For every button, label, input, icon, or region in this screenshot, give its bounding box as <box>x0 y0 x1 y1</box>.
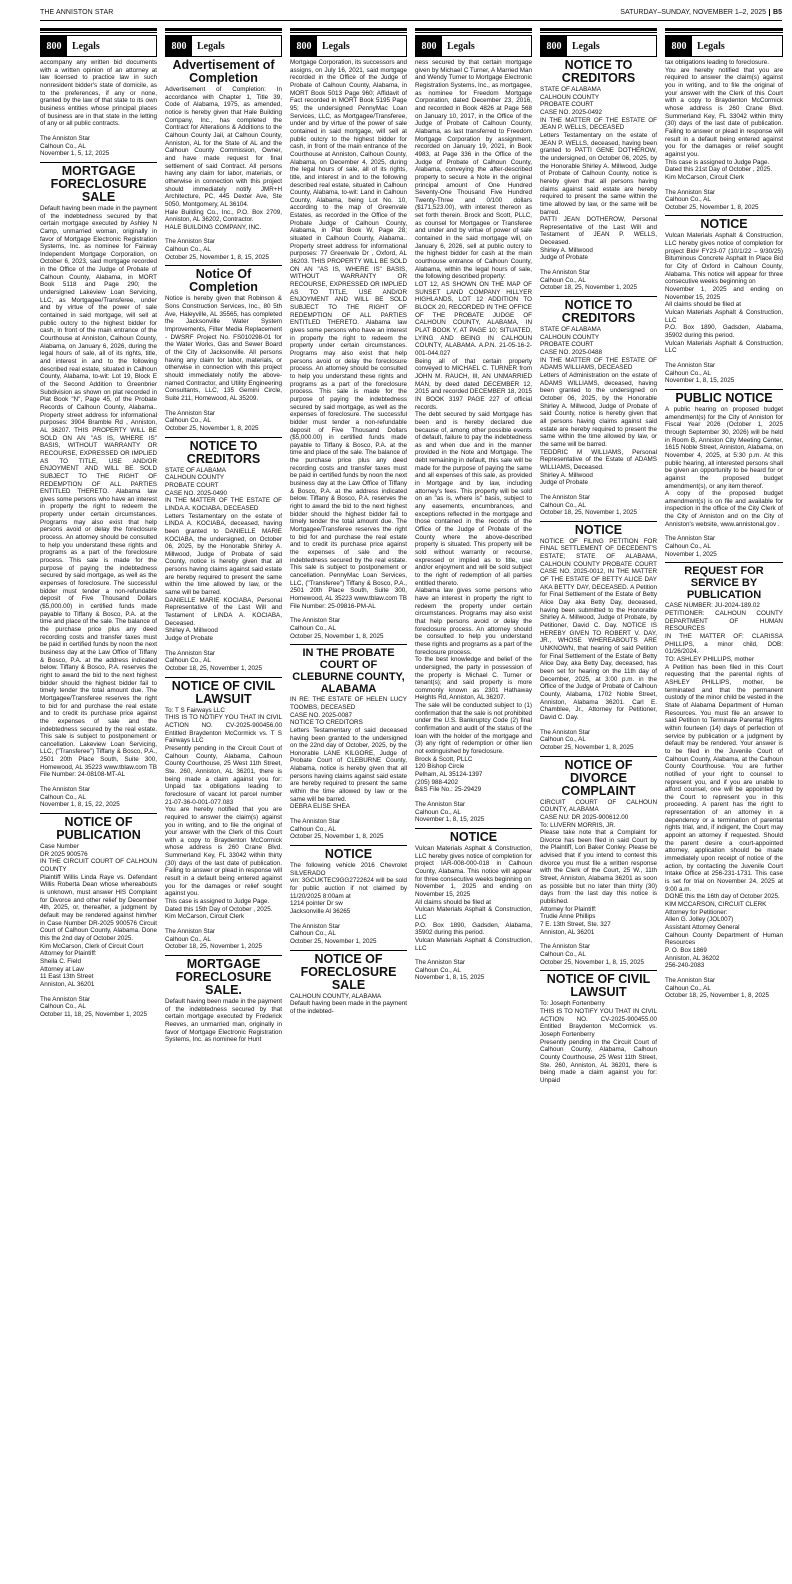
notice-paragraph: PROBATE COURT <box>165 482 282 490</box>
notice-paragraph: Jacksonville Al 36265 <box>290 908 407 916</box>
notice-paragraph: Attorney for Plaintiff: <box>540 906 657 914</box>
publication-line: October 18, 25, November 1, 2025 <box>165 943 282 951</box>
notice-paragraph: 1214 pointer Dr sw <box>290 900 407 908</box>
publication-line: October 25, November 1, 8, 15, 2025 <box>165 254 282 262</box>
publication-info: The Anniston StarCalhoun Co., ALOctober … <box>290 923 407 946</box>
legal-notice: PUBLIC NOTICEA public hearing on propose… <box>665 392 783 558</box>
section-header: 800Legals <box>415 35 532 57</box>
section-label: Legals <box>192 36 225 56</box>
notice-paragraph: CASE NO. 2025-0488 <box>540 349 657 357</box>
notice-paragraph: November 1, 2025 and ending on November … <box>665 286 783 301</box>
notice-paragraph: IN THE MATTER OF THE ESTATE OF JEAN P. W… <box>540 117 657 132</box>
notice-paragraph: STATE OF ALABAMA <box>540 86 657 94</box>
publication-info: The Anniston StarCalhoun Co., ALNovember… <box>665 535 783 558</box>
legals-column-2: 800LegalsAdvertisement of CompletionAdve… <box>165 28 282 1578</box>
legal-notice: NOTICE OF FORECLOSURE SALECALHOUN COUNTY… <box>290 953 407 1016</box>
notice-paragraph: Vulcan Materials Asphalt & Construction,… <box>415 937 532 952</box>
notice-paragraph: Shirley A. Millwood <box>540 472 657 480</box>
publication-line: The Anniston Star <box>290 617 407 625</box>
notice-divider <box>540 970 657 971</box>
notice-title: NOTICE OF CIVIL LAWSUIT <box>165 680 282 706</box>
publication-line: The Anniston Star <box>540 269 657 277</box>
notice-paragraph: Dated this 21st Day of October , 2025. <box>665 166 783 174</box>
notice-paragraph: ness secured by that certain mortgage gi… <box>415 59 532 281</box>
notice-divider <box>665 389 783 390</box>
publication-info: The Anniston StarCalhoun Co., ALOctober … <box>40 996 157 1019</box>
publication-line: The Anniston Star <box>40 135 157 143</box>
notice-divider <box>165 955 282 956</box>
publication-line: The Anniston Star <box>540 943 657 951</box>
section-label: Legals <box>317 36 350 56</box>
publication-info: The Anniston StarCalhoun Co., ALOctober … <box>165 410 282 433</box>
notice-paragraph: 11 East 13th Street <box>40 973 157 981</box>
legal-notice: NOTICE OF DIVORCE COMPLAINTCIRCUIT COURT… <box>540 759 657 967</box>
publication-info: The Anniston StarCalhoun Co., ALOctober … <box>290 818 407 841</box>
notice-paragraph: Letters Testamentary on the estate of LI… <box>165 513 282 597</box>
notice-paragraph: DR 2025 900576 <box>40 851 157 859</box>
section-label: Legals <box>567 36 600 56</box>
notice-paragraph: DANIELLE MARIE KOCIABA, Personal Represe… <box>165 597 282 628</box>
section-header: 800Legals <box>540 35 657 57</box>
notice-paragraph: accompany any written bid documents with… <box>40 59 157 128</box>
column-top-rule <box>290 28 407 33</box>
publication-line: Calhoun Co., AL <box>540 502 657 510</box>
publication-info: The Anniston StarCalhoun Co., ALNovember… <box>415 801 532 824</box>
notice-paragraph: TEDDRIC M WILLIAMS, Personal Representat… <box>540 449 657 472</box>
notice-paragraph: CALHOUN COUNTY, ALABAMA <box>290 993 407 1001</box>
publication-line: Calhoun Co., AL <box>665 196 783 204</box>
notice-title: NOTICE OF FORECLOSURE SALE <box>290 953 407 992</box>
publication-line: October 25, November 1, 8, 2025 <box>540 744 657 752</box>
notice-paragraph: Judge of Probate <box>540 254 657 262</box>
notice-paragraph: You are hereby notified that you are req… <box>665 67 783 159</box>
notice-paragraph: A copy of the proposed budget amendment(… <box>665 490 783 528</box>
notice-title: NOTICE <box>290 848 407 861</box>
notice-paragraph: Judge of Probate <box>540 479 657 487</box>
notice-paragraph: CASE NO. 2025-0492 <box>540 109 657 117</box>
notice-paragraph: Anniston, AL 36202 <box>665 955 783 963</box>
notice-paragraph: NOTICE OF FILING PETITION FOR FINAL SETT… <box>540 538 657 722</box>
notice-paragraph: LOT 12, AS SHOWN ON THE MAP OF SUNSET LA… <box>415 281 532 358</box>
notice-title: NOTICE OF PUBLICATION <box>40 816 157 842</box>
legal-notice: NOTICENOTICE OF FILING PETITION FOR FINA… <box>540 524 657 752</box>
legal-notice: NOTICEThe following vehicle 2016 Chevrol… <box>290 848 407 946</box>
issue-date-line: SATURDAY–SUNDAY, NOVEMBER 1–2, 2025B5 <box>620 9 782 16</box>
legal-notice: Mortgage Corporation, its successors and… <box>290 59 407 640</box>
publication-line: October 25, November 1, 2025 <box>290 938 407 946</box>
notice-paragraph: Notice is hereby given that Robinson & S… <box>165 295 282 402</box>
notice-paragraph: CASE NUMBER: JU-2024-189.02 <box>665 602 783 610</box>
notice-title: NOTICE <box>665 218 783 231</box>
notice-paragraph: vin: 3GCUKTEC9GG2722624 will be sold for… <box>290 877 407 900</box>
notice-title: NOTICE <box>540 524 657 537</box>
publication-line: Calhoun Co., AL <box>665 985 783 993</box>
notice-paragraph: Letters of Administration on the estate … <box>540 372 657 449</box>
notice-divider <box>540 521 657 522</box>
notice-title: Advertisement of Completion <box>165 59 282 85</box>
notice-paragraph: Letters Testamentary of said deceased ha… <box>290 727 407 804</box>
section-label: Legals <box>442 36 475 56</box>
notice-paragraph: Default having been made in the payment … <box>40 205 157 779</box>
notice-divider <box>290 950 407 951</box>
notice-paragraph: Brock & Scott, PLLC <box>415 756 532 764</box>
legal-notice: tax obligations leading to foreclosure.Y… <box>665 59 783 211</box>
column-top-rule <box>665 28 783 33</box>
legal-notice: NOTICEVulcan Materials Asphalt & Constru… <box>415 831 532 982</box>
notice-paragraph: STATE OF ALABAMA <box>540 326 657 334</box>
notice-divider <box>290 845 407 846</box>
notice-paragraph: Presently pending in the Circuit Court o… <box>165 745 282 806</box>
publication-line: Calhoun Co., AL <box>40 143 157 151</box>
publication-line: November 1, 8, 15, 2025 <box>665 377 783 385</box>
legal-notice: NOTICE OF CIVIL LAWSUITTo: T S Fairways … <box>165 680 282 951</box>
publication-line: Calhoun Co., AL <box>415 809 532 817</box>
publication-line: November 1, 8, 15, 2025 <box>415 974 532 982</box>
publication-line: October 18, 25, November 1, 8, 2025 <box>665 992 783 1000</box>
issue-date: SATURDAY–SUNDAY, NOVEMBER 1–2, 2025 <box>620 9 766 16</box>
publication-line: Calhoun Co., AL <box>290 930 407 938</box>
notice-paragraph: 256-240-2083 <box>665 962 783 970</box>
notice-title: NOTICE TO CREDITORS <box>540 299 657 325</box>
notice-divider <box>665 215 783 216</box>
notice-paragraph: tax obligations leading to foreclosure. <box>665 59 783 67</box>
notice-title: MORTGAGE FORECLOSURE SALE. <box>165 958 282 997</box>
notice-divider <box>165 265 282 266</box>
legal-notice: MORTGAGE FORECLOSURE SALE.Default having… <box>165 958 282 1044</box>
publication-line: October 11, 18, 25, November 1, 2025 <box>40 1011 157 1019</box>
publication-info: The Anniston StarCalhoun Co., ALNovember… <box>40 135 157 158</box>
legals-column-4: 800Legalsness secured by that certain mo… <box>415 28 532 1578</box>
notice-paragraph: Vulcan Materials Asphalt & Construction,… <box>665 232 783 286</box>
section-number: 800 <box>666 36 692 56</box>
publication-info: The Anniston StarCalhoun Co., ALNovember… <box>415 959 532 982</box>
notice-divider <box>165 677 282 678</box>
section-header: 800Legals <box>165 35 282 57</box>
publication-line: The Anniston Star <box>165 238 282 246</box>
notice-paragraph: P.O. Box 1890, Gadsden, Alabama, 35902 d… <box>665 324 783 339</box>
notice-paragraph: This case is assigned to Judge Page. <box>165 898 282 906</box>
publication-line: The Anniston Star <box>290 818 407 826</box>
notice-paragraph: To: T S Fairways LLC <box>165 707 282 715</box>
notice-paragraph: Vulcan Materials Asphalt & Construction,… <box>665 340 783 355</box>
publication-line: The Anniston Star <box>665 535 783 543</box>
notice-paragraph: Shirley A. Millwood <box>165 627 282 635</box>
publication-line: October 25, November 1, 8, 2025 <box>290 633 407 641</box>
publication-line: November 1, 2025 <box>665 551 783 559</box>
legal-notice: NOTICEVulcan Materials Asphalt & Constru… <box>665 218 783 384</box>
notice-paragraph: Vulcan Materials Asphalt & Construction,… <box>415 845 532 883</box>
publication-line: October 18, 25, November 1, 2025 <box>540 284 657 292</box>
notice-paragraph: Pelham, AL 35124-1397 <box>415 771 532 779</box>
notice-paragraph: THIS IS TO NOTIFY YOU THAT IN CIVIL ACTI… <box>165 714 282 745</box>
notice-title: IN THE PROBATE COURT OF CLEBURNE COUNTY,… <box>290 647 407 695</box>
notice-title: NOTICE OF DIVORCE COMPLAINT <box>540 759 657 798</box>
publication-line: The Anniston Star <box>540 729 657 737</box>
publication-line: October 25, November 1, 8, 15, 2025 <box>540 959 657 967</box>
notice-paragraph: Attorney for Plaintiff: <box>40 950 157 958</box>
notice-paragraph: Default having been made in the payment … <box>290 1000 407 1015</box>
notice-paragraph: IN THE MATTER OF: CLARISSA PHILLIPS, a m… <box>665 633 783 656</box>
section-number: 800 <box>416 36 442 56</box>
publication-line: Calhoun Co., AL <box>540 951 657 959</box>
notice-paragraph: HALE BUILDING COMPANY, INC. <box>165 224 282 232</box>
notice-paragraph: (205) 988-4202 <box>415 779 532 787</box>
paper-name: THE ANNISTON STAR <box>40 9 113 16</box>
legal-notice: REQUEST FOR SERVICE BY PUBLICATIONCASE N… <box>665 565 783 999</box>
legal-notice: NOTICE TO CREDITORSSTATE OF ALABAMACALHO… <box>165 440 282 673</box>
notice-paragraph: CALHOUN COUNTY <box>165 474 282 482</box>
legal-notice: NOTICE TO CREDITORSSTATE OF ALABAMACALHO… <box>540 59 657 292</box>
notice-paragraph: CASE NU: DR 2025-900612.00 <box>540 814 657 822</box>
publication-line: Calhoun Co., AL <box>40 1003 157 1011</box>
section-number: 800 <box>166 36 192 56</box>
notice-paragraph: CASE NO. 2025-0490 <box>165 490 282 498</box>
legals-column-5: 800LegalsNOTICE TO CREDITORSSTATE OF ALA… <box>540 28 657 1578</box>
notice-paragraph: NOTICE TO CREDITORS <box>290 719 407 727</box>
notice-paragraph: The following vehicle 2016 Chevrolet SIL… <box>290 862 407 877</box>
notice-paragraph: A Petition has been filed in this Court … <box>665 664 783 894</box>
notice-paragraph: Allen G. Jolley (JOL007) <box>665 916 783 924</box>
legal-notice: NOTICE TO CREDITORSSTATE OF ALABAMACALHO… <box>540 299 657 517</box>
column-top-rule <box>165 28 282 33</box>
notice-paragraph: Assistant Attorney General <box>665 924 783 932</box>
notice-paragraph: Presently pending in the Circuit Court o… <box>540 1039 657 1085</box>
notice-paragraph: Attorney for Petitioner: <box>665 909 783 917</box>
notice-paragraph: To the best knowledge and belief of the … <box>415 656 532 702</box>
notice-paragraph: You are hereby notified that you are req… <box>165 806 282 898</box>
legals-column-1: 800Legalsaccompany any written bid docum… <box>40 28 157 1578</box>
notice-title: MORTGAGE FORECLOSURE SALE <box>40 165 157 204</box>
publication-line: Calhoun Co., AL <box>290 826 407 834</box>
column-top-rule <box>40 28 157 33</box>
publication-line: October 18, 25, November 1, 2025 <box>165 665 282 673</box>
notice-paragraph: P. O. Box 1869 <box>665 947 783 955</box>
legals-column-6: 800Legalstax obligations leading to fore… <box>665 28 783 1578</box>
publication-line: The Anniston Star <box>665 977 783 985</box>
section-header: 800Legals <box>40 35 157 57</box>
publication-line: Calhoun Co., AL <box>540 277 657 285</box>
notice-divider <box>165 437 282 438</box>
section-label: Legals <box>692 36 725 56</box>
notice-divider <box>40 162 157 163</box>
notice-paragraph: To: Joseph Fortenberry <box>540 1000 657 1008</box>
publication-line: The Anniston Star <box>165 410 282 418</box>
column-top-rule <box>540 28 657 33</box>
publication-line: The Anniston Star <box>40 786 157 794</box>
notice-title: NOTICE TO CREDITORS <box>540 59 657 85</box>
legal-notice: MORTGAGE FORECLOSURE SALEDefault having … <box>40 165 157 809</box>
publication-line: Calhoun Co., AL <box>665 370 783 378</box>
notice-paragraph: Default having been made in the payment … <box>165 998 282 1044</box>
notice-paragraph: 7 E. 13th Street, Ste. 327 <box>540 921 657 929</box>
notice-title: NOTICE TO CREDITORS <box>165 440 282 466</box>
publication-line: Calhoun Co., AL <box>165 417 282 425</box>
publication-line: The Anniston Star <box>415 959 532 967</box>
notice-title: NOTICE <box>415 831 532 844</box>
section-header: 800Legals <box>290 35 407 57</box>
legals-columns: 800Legalsaccompany any written bid docum… <box>40 28 782 1578</box>
section-number: 800 <box>541 36 567 56</box>
publication-line: The Anniston Star <box>165 928 282 936</box>
legals-column-3: 800LegalsMortgage Corporation, its succe… <box>290 28 407 1578</box>
notice-title: PUBLIC NOTICE <box>665 392 783 405</box>
notice-paragraph: IN THE MATTER OF THE ESTATE OF LINDA A. … <box>165 497 282 512</box>
notice-paragraph: PROBATE COURT <box>540 341 657 349</box>
notice-divider <box>665 562 783 563</box>
notice-paragraph: All claims should be filed at <box>415 899 532 907</box>
publication-line: November 1, 5, 12, 2025 <box>40 150 157 158</box>
publication-line: The Anniston Star <box>415 801 532 809</box>
notice-paragraph: TO: ASHLEY PHILLIPS, mother <box>665 656 783 664</box>
publication-line: October 18, 25, November 1, 2025 <box>540 509 657 517</box>
notice-paragraph: The debt secured by said Mortgage has be… <box>415 411 532 587</box>
notice-paragraph: PETITIONER: CALHOUN COUNTY DEPARTMENT OF… <box>665 610 783 633</box>
publication-line: October 25, November 1, 8, 2025 <box>665 204 783 212</box>
notice-paragraph: DEBRA ELISE SHEA <box>290 803 407 811</box>
section-number: 800 <box>291 36 317 56</box>
publication-line: Calhoun Co., AL <box>540 736 657 744</box>
publication-line: Calhoun Co., AL <box>165 246 282 254</box>
publication-info: The Anniston StarCalhoun Co., ALNovember… <box>40 786 157 809</box>
notice-title: Notice Of Completion <box>165 268 282 294</box>
publication-line: Calhoun Co., AL <box>40 794 157 802</box>
notice-title: NOTICE OF CIVIL LAWSUIT <box>540 973 657 999</box>
publication-line: The Anniston Star <box>540 494 657 502</box>
notice-paragraph: Trudie Anne Phillips <box>540 913 657 921</box>
publication-line: Calhoun Co., AL <box>165 936 282 944</box>
notice-paragraph: The sale will be conducted subject to (1… <box>415 702 532 756</box>
notice-paragraph: CASE NO. 2025-0087 <box>290 712 407 720</box>
publication-info: The Anniston StarCalhoun Co., ALOctober … <box>540 729 657 752</box>
section-header: 800Legals <box>665 35 783 57</box>
notice-paragraph: Mortgage Corporation, its successors and… <box>290 59 407 610</box>
publication-info: The Anniston StarCalhoun Co., ALOctober … <box>165 238 282 261</box>
publication-line: Calhoun Co., AL <box>415 967 532 975</box>
publication-info: The Anniston StarCalhoun Co., ALOctober … <box>165 650 282 673</box>
notice-paragraph: B&S File No.: 25-29429 <box>415 786 532 794</box>
legal-notice: accompany any written bid documents with… <box>40 59 157 158</box>
section-number: 800 <box>41 36 67 56</box>
legal-notice: Advertisement of CompletionAdvertisement… <box>165 59 282 261</box>
notice-paragraph: Plaintiff Willis Linda Raye vs. Defendan… <box>40 874 157 943</box>
notice-divider <box>290 644 407 645</box>
publication-line: The Anniston Star <box>40 996 157 1004</box>
publication-line: Calhoun Co., AL <box>665 543 783 551</box>
publication-line: The Anniston Star <box>665 362 783 370</box>
publication-line: October 25, November 1, 8, 2025 <box>165 425 282 433</box>
notice-paragraph: Letters Testamentary on the estate of JE… <box>540 132 657 216</box>
notice-paragraph: A public hearing on proposed budget amen… <box>665 406 783 490</box>
notice-paragraph: Dated this 15th Day of October , 2025. <box>165 906 282 914</box>
column-top-rule <box>415 28 532 33</box>
publication-line: November 1, 8, 15, 22, 2025 <box>40 801 157 809</box>
notice-paragraph: IN RE: THE ESTATE OF HELEN LUCY TOOMBS, … <box>290 696 407 711</box>
notice-paragraph: Attorney at Law <box>40 966 157 974</box>
notice-paragraph: Being all of that certain property conve… <box>415 358 532 412</box>
legal-notice: IN THE PROBATE COURT OF CLEBURNE COUNTY,… <box>290 647 407 841</box>
notice-paragraph: Kim McCarson, Circuit Clerk <box>165 913 282 921</box>
notice-divider <box>415 828 532 829</box>
notice-paragraph: Alabama law gives some persons who have … <box>415 587 532 656</box>
publication-info: The Anniston StarCalhoun Co., ALOctober … <box>540 494 657 517</box>
publication-line: Calhoun Co., AL <box>165 657 282 665</box>
notice-paragraph: IN THE MATTER OF THE ESTATE OF ADAMS WIL… <box>540 357 657 372</box>
publication-line: October 25, November 1, 8, 2025 <box>290 833 407 841</box>
notice-paragraph: Advertisement of Completion: In accordan… <box>165 86 282 209</box>
publication-info: The Anniston StarCalhoun Co., ALOctober … <box>665 977 783 1000</box>
publication-line: The Anniston Star <box>665 189 783 197</box>
legal-notice: ness secured by that certain mortgage gi… <box>415 59 532 824</box>
publication-info: The Anniston StarCalhoun Co., ALOctober … <box>540 269 657 292</box>
publication-info: The Anniston StarCalhoun Co., ALOctober … <box>290 617 407 640</box>
notice-paragraph: Hale Building Co., Inc., P.O. Box 2709, … <box>165 209 282 224</box>
notice-paragraph: Vulcan Materials Asphalt & Construction,… <box>665 309 783 324</box>
publication-line: The Anniston Star <box>290 923 407 931</box>
legal-notice: NOTICE OF CIVIL LAWSUITTo: Joseph Forten… <box>540 973 657 1084</box>
notice-paragraph: PROBATE COURT <box>540 101 657 109</box>
publication-info: The Anniston StarCalhoun Co., ALOctober … <box>665 189 783 212</box>
notice-divider <box>540 756 657 757</box>
notice-divider <box>40 813 157 814</box>
notice-paragraph: CALHOUN COUNTY <box>540 94 657 102</box>
notice-paragraph: P.O. Box 1890, Gadsden, Alabama, 35902 d… <box>415 922 532 937</box>
notice-paragraph: Anniston, AL 36201 <box>540 929 657 937</box>
notice-paragraph: Judge of Probate <box>165 635 282 643</box>
notice-paragraph: KIM MCCARSON, CIRCUIT CLERK <box>665 901 783 909</box>
publication-info: The Anniston StarCalhoun Co., ALNovember… <box>665 362 783 385</box>
notice-paragraph: This case is assigned to Judge Page. <box>665 159 783 167</box>
notice-title: REQUEST FOR SERVICE BY PUBLICATION <box>665 565 783 601</box>
notice-paragraph: IN THE CIRCUIT COURT OF CALHOUN COUNTY <box>40 858 157 873</box>
legal-notice: Notice Of CompletionNotice is hereby giv… <box>165 268 282 432</box>
notice-paragraph: To: LUVERN MORRIS, JR. <box>540 822 657 830</box>
masthead: THE ANNISTON STAR SATURDAY–SUNDAY, NOVEM… <box>40 8 782 21</box>
publication-line: Calhoun Co., AL <box>290 625 407 633</box>
notice-paragraph: CALHOUN COUNTY <box>540 334 657 342</box>
section-label: Legals <box>67 36 100 56</box>
notice-paragraph: STATE OF ALABAMA <box>165 467 282 475</box>
publication-info: The Anniston StarCalhoun Co., ALOctober … <box>165 928 282 951</box>
notice-paragraph: 120 Bishop Circle <box>415 763 532 771</box>
notice-paragraph: CIRCUIT COURT OF CALHOUN COUNTY, ALABAMA <box>540 799 657 814</box>
notice-paragraph: Kim McCarson, Circuit Clerk <box>665 174 783 182</box>
notice-paragraph: Calhoun County Department of Human Resou… <box>665 932 783 947</box>
notice-paragraph: Kim McCarson, Clerk of Circuit Court <box>40 943 157 951</box>
notice-paragraph: Please take note that a Complaint for Di… <box>540 829 657 906</box>
notice-divider <box>540 296 657 297</box>
notice-paragraph: Case Number <box>40 843 157 851</box>
legal-notice: NOTICE OF PUBLICATIONCase NumberDR 2025 … <box>40 816 157 1018</box>
notice-paragraph: PATTI JEAN DOTHEROW, Personal Representa… <box>540 216 657 247</box>
notice-paragraph: Vulcan Materials Asphalt & Construction,… <box>415 906 532 921</box>
notice-paragraph: All claims should be filed at <box>665 301 783 309</box>
notice-paragraph: Shirley A. Millwood <box>540 247 657 255</box>
notice-paragraph: DONE this the 16th day of October 2025. <box>665 893 783 901</box>
publication-line: The Anniston Star <box>165 650 282 658</box>
notice-paragraph: Anniston, AL 36201 <box>40 981 157 989</box>
notice-paragraph: November 1, 2025 and ending on November … <box>415 883 532 898</box>
notice-paragraph: Sheila C. Field <box>40 958 157 966</box>
publication-info: The Anniston StarCalhoun Co., ALOctober … <box>540 943 657 966</box>
page-number: B5 <box>769 9 782 16</box>
publication-line: November 1, 8, 15, 2025 <box>415 816 532 824</box>
notice-paragraph: THIS IS TO NOTIFY YOU THAT IN CIVIL ACTI… <box>540 1008 657 1039</box>
